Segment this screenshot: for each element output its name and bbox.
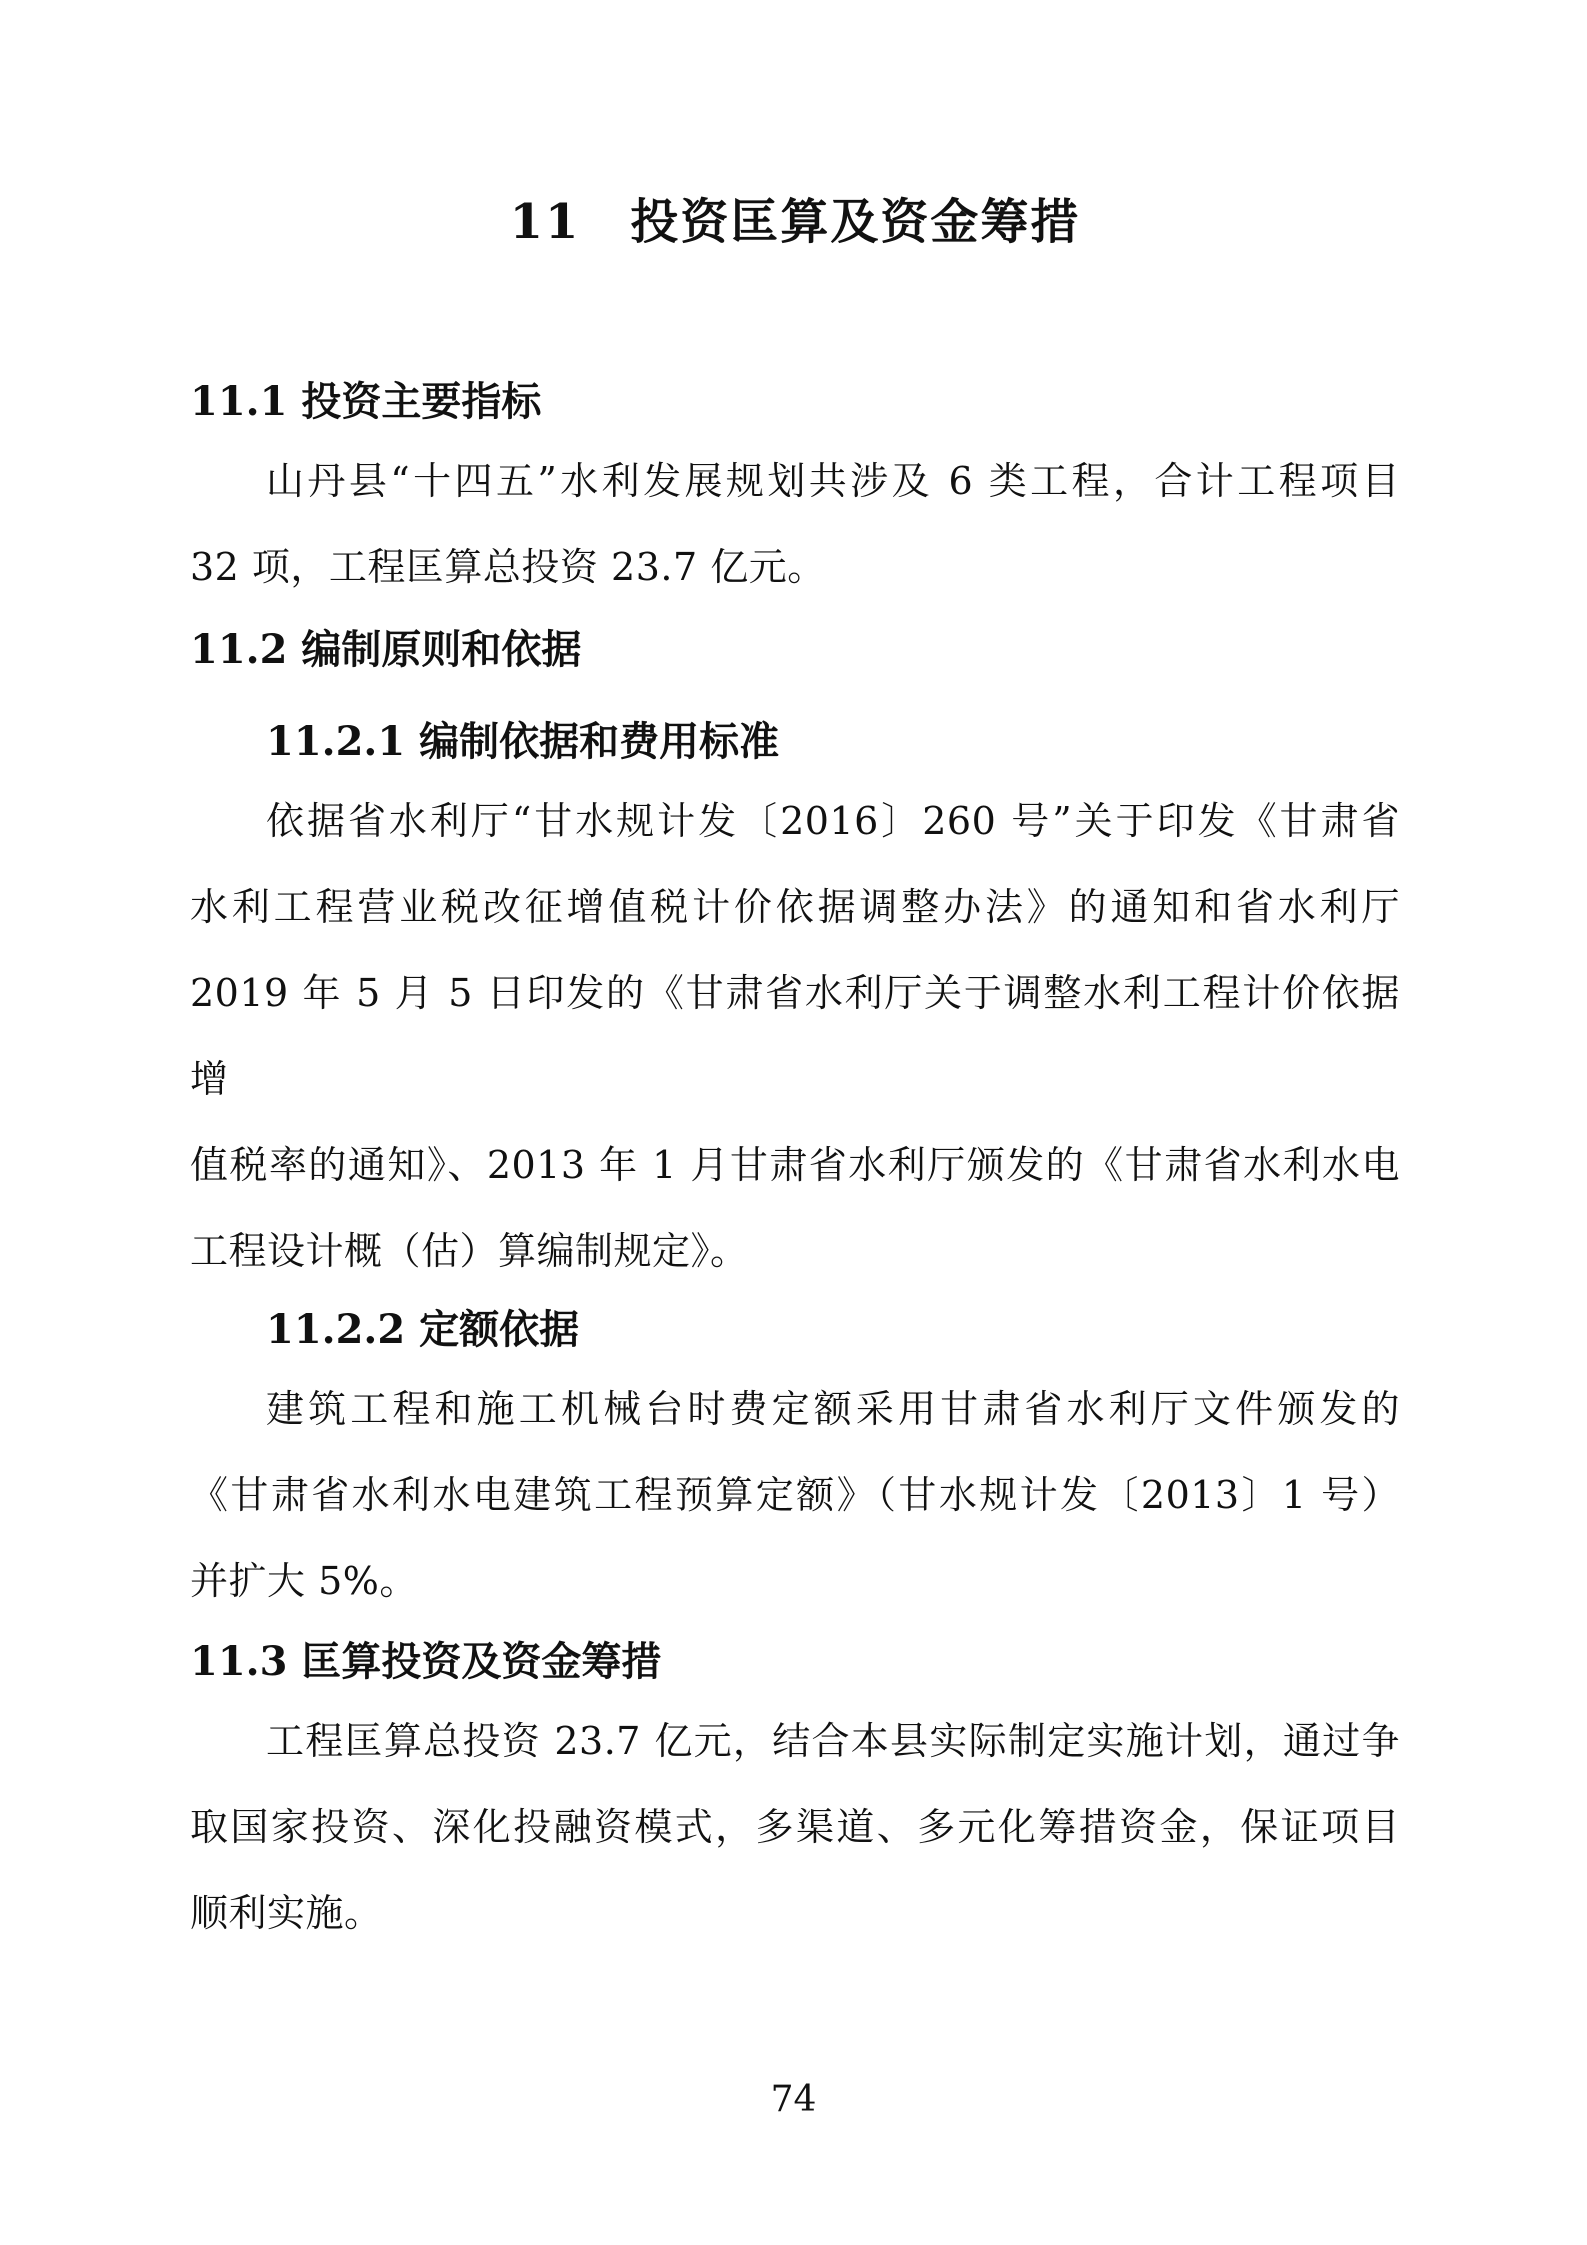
paragraph-line: 山丹县“十四五”水利发展规划共涉及 6 类工程，合计工程项目 (190, 438, 1400, 524)
paragraph-11-1: 山丹县“十四五”水利发展规划共涉及 6 类工程，合计工程项目 32 项，工程匡算… (190, 438, 1400, 610)
paragraph-line: 工程设计概（估）算编制规定》。 (190, 1208, 1400, 1294)
subsection-heading-11-2-2: 11.2.2 定额依据 (190, 1302, 1400, 1358)
section-heading-11-1: 11.1 投资主要指标 (190, 374, 1400, 430)
paragraph-line: 工程匡算总投资 23.7 亿元，结合本县实际制定实施计划，通过争 (190, 1698, 1400, 1784)
paragraph-line: 32 项，工程匡算总投资 23.7 亿元。 (190, 524, 1400, 610)
paragraph-11-2-2: 建筑工程和施工机械台时费定额采用甘肃省水利厅文件颁发的 《甘肃省水利水电建筑工程… (190, 1366, 1400, 1624)
subsection-heading-11-2-1: 11.2.1 编制依据和费用标准 (190, 714, 1400, 770)
chapter-title: 11 投资匡算及资金筹措 (190, 190, 1400, 254)
paragraph-11-3: 工程匡算总投资 23.7 亿元，结合本县实际制定实施计划，通过争 取国家投资、深… (190, 1698, 1400, 1956)
paragraph-11-2-1: 依据省水利厅“甘水规计发〔2016〕260 号”关于印发《甘肃省 水利工程营业税… (190, 778, 1400, 1294)
paragraph-line: 依据省水利厅“甘水规计发〔2016〕260 号”关于印发《甘肃省 (190, 778, 1400, 864)
paragraph-line: 建筑工程和施工机械台时费定额采用甘肃省水利厅文件颁发的 (190, 1366, 1400, 1452)
paragraph-line: 顺利实施。 (190, 1870, 1400, 1956)
paragraph-line: 水利工程营业税改征增值税计价依据调整办法》的通知和省水利厅 (190, 864, 1400, 950)
paragraph-line: 《甘肃省水利水电建筑工程预算定额》（甘水规计发〔2013〕1 号） (190, 1452, 1400, 1538)
paragraph-line: 值税率的通知》、2013 年 1 月甘肃省水利厅颁发的《甘肃省水利水电 (190, 1122, 1400, 1208)
section-heading-11-2: 11.2 编制原则和依据 (190, 622, 1400, 678)
paragraph-line: 2019 年 5 月 5 日印发的《甘肃省水利厅关于调整水利工程计价依据增 (190, 950, 1400, 1122)
document-content: 11 投资匡算及资金筹措 11.1 投资主要指标 山丹县“十四五”水利发展规划共… (190, 0, 1400, 1956)
paragraph-line: 取国家投资、深化投融资模式，多渠道、多元化筹措资金，保证项目 (190, 1784, 1400, 1870)
section-heading-11-3: 11.3 匡算投资及资金筹措 (190, 1634, 1400, 1690)
paragraph-line: 并扩大 5%。 (190, 1538, 1400, 1624)
document-page: 11 投资匡算及资金筹措 11.1 投资主要指标 山丹县“十四五”水利发展规划共… (0, 0, 1587, 2245)
page-number: 74 (0, 2078, 1587, 2122)
